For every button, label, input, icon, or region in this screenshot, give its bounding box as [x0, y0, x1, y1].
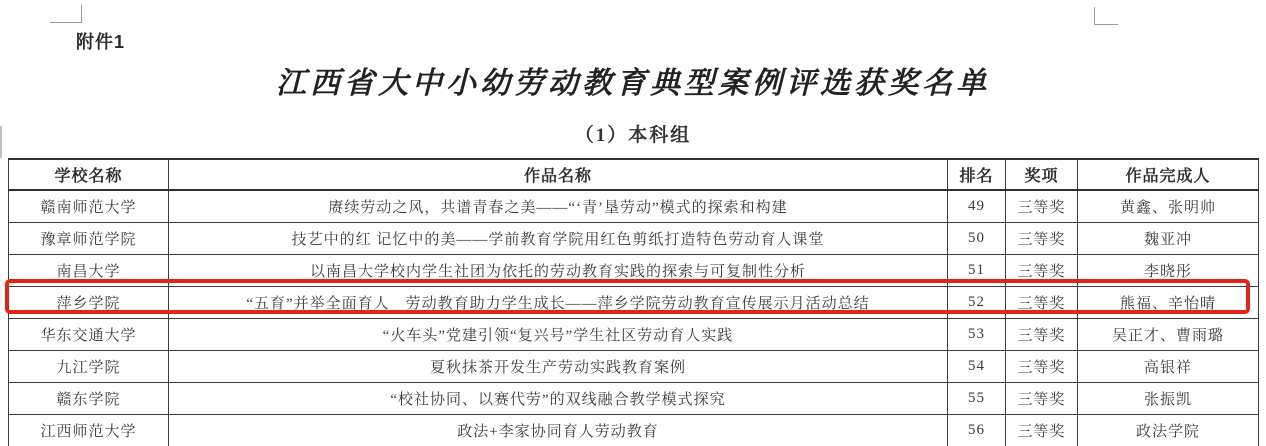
cell-authors: 李晓彤: [1078, 255, 1259, 287]
table-body: 赣南师范大学赓续劳动之风，共谱青春之美——“‘青’垦劳动”模式的探索和构建49三…: [9, 190, 1259, 446]
cell-authors: 魏亚冲: [1078, 223, 1259, 255]
table-header-row: 学校名称 作品名称 排名 奖项 作品完成人: [9, 159, 1259, 190]
table-row: 豫章师范学院技艺中的红 记忆中的美——学前教育学院用红色剪纸打造特色劳动育人课堂…: [9, 223, 1259, 255]
table-row: 赣东学院“校社协同、以赛代劳”的双线融合教学模式探究55三等奖张振凯: [9, 383, 1259, 415]
cell-school: 华东交通大学: [9, 319, 169, 351]
cell-award: 三等奖: [1006, 351, 1078, 383]
cell-award: 三等奖: [1006, 287, 1078, 319]
cell-school: 九江学院: [9, 351, 169, 383]
cell-award: 三等奖: [1006, 223, 1078, 255]
table-row-highlighted: 萍乡学院“五育”并举全面育人 劳动教育助力学生成长——萍乡学院劳动教育宣传展示月…: [9, 287, 1259, 319]
header-work: 作品名称: [169, 159, 948, 190]
cell-authors: 政法学院: [1078, 415, 1259, 446]
cell-rank: 55: [948, 383, 1006, 415]
table-row: 南昌大学以南昌大学校内学生社团为依托的劳动教育实践的探索与可复制性分析51三等奖…: [9, 255, 1259, 287]
cell-award: 三等奖: [1006, 255, 1078, 287]
cell-authors: 熊福、辛怡晴: [1078, 287, 1259, 319]
cell-school: 豫章师范学院: [9, 223, 169, 255]
table-row: 江西师范大学政法+李家协同育人劳动教育56三等奖政法学院: [9, 415, 1259, 446]
cell-school: 江西师范大学: [9, 415, 169, 446]
cell-award: 三等奖: [1006, 415, 1078, 446]
cell-rank: 49: [948, 190, 1006, 223]
cell-rank: 52: [948, 287, 1006, 319]
cell-work: 政法+李家协同育人劳动教育: [169, 415, 948, 446]
cell-rank: 56: [948, 415, 1006, 446]
attachment-label: 附件1: [76, 28, 125, 54]
cell-authors: 黄鑫、张明帅: [1078, 190, 1259, 223]
cell-rank: 53: [948, 319, 1006, 351]
cell-award: 三等奖: [1006, 190, 1078, 223]
header-authors: 作品完成人: [1078, 159, 1259, 190]
cell-work: “五育”并举全面育人 劳动教育助力学生成长——萍乡学院劳动教育宣传展示月活动总结: [169, 287, 948, 319]
header-rank: 排名: [948, 159, 1006, 190]
header-school: 学校名称: [9, 159, 169, 190]
cell-rank: 50: [948, 223, 1006, 255]
cell-school: 南昌大学: [9, 255, 169, 287]
page-margin-mark-top-left: [50, 5, 82, 23]
cell-work: “火车头”党建引领“复兴号”学生社区劳动育人实践: [169, 319, 948, 351]
page-margin-mark-top-right: [1094, 7, 1118, 25]
cell-authors: 吴正才、曹雨璐: [1078, 319, 1259, 351]
cell-authors: 高银祥: [1078, 351, 1259, 383]
cell-rank: 51: [948, 255, 1006, 287]
cell-school: 赣南师范大学: [9, 190, 169, 223]
cell-school: 赣东学院: [9, 383, 169, 415]
cell-school: 萍乡学院: [9, 287, 169, 319]
cell-work: 赓续劳动之风，共谱青春之美——“‘青’垦劳动”模式的探索和构建: [169, 190, 948, 223]
cell-authors: 张振凯: [1078, 383, 1259, 415]
cell-rank: 54: [948, 351, 1006, 383]
table-row: 赣南师范大学赓续劳动之风，共谱青春之美——“‘青’垦劳动”模式的探索和构建49三…: [9, 190, 1259, 223]
award-table: 学校名称 作品名称 排名 奖项 作品完成人 赣南师范大学赓续劳动之风，共谱青春之…: [8, 158, 1259, 446]
page-title: 江西省大中小幼劳动教育典型案例评选获奖名单: [0, 58, 1266, 102]
header-award: 奖项: [1006, 159, 1078, 190]
cell-work: 夏秋抹茶开发生产劳动实践教育案例: [169, 351, 948, 383]
cell-work: 技艺中的红 记忆中的美——学前教育学院用红色剪纸打造特色劳动育人课堂: [169, 223, 948, 255]
cell-award: 三等奖: [1006, 319, 1078, 351]
cell-work: 以南昌大学校内学生社团为依托的劳动教育实践的探索与可复制性分析: [169, 255, 948, 287]
page-subtitle: （1）本科组: [0, 120, 1266, 147]
cell-award: 三等奖: [1006, 383, 1078, 415]
table-row: 华东交通大学“火车头”党建引领“复兴号”学生社区劳动育人实践53三等奖吴正才、曹…: [9, 319, 1259, 351]
table-row: 九江学院夏秋抹茶开发生产劳动实践教育案例54三等奖高银祥: [9, 351, 1259, 383]
cell-work: “校社协同、以赛代劳”的双线融合教学模式探究: [169, 383, 948, 415]
